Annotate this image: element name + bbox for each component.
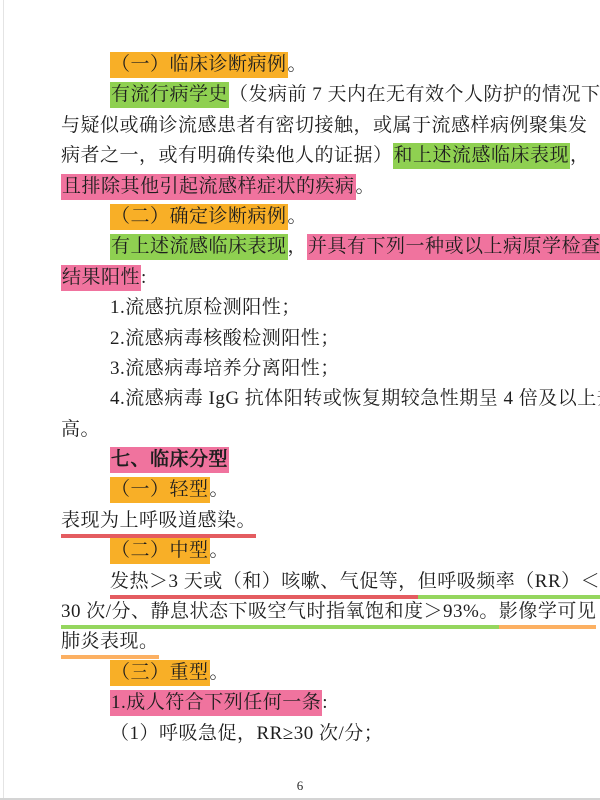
text-line: 1.流感抗原检测阳性； — [61, 293, 543, 323]
text-line: 2.流感病毒核酸检测阳性； — [61, 324, 543, 354]
text-segment: 有上述流感临床表现 — [110, 234, 288, 260]
text-segment: （三）重型 — [110, 660, 210, 686]
text-segment: （1）呼吸急促，RR≥30 次/分； — [110, 723, 383, 744]
text-line: 3.流感病毒培养分离阳性； — [61, 354, 543, 384]
text-segment: : — [322, 692, 328, 713]
text-line: 七、临床分型 — [61, 445, 543, 475]
text-line: 有流行病学史（发病前 7 天内在无有效个人防护的情况下 — [61, 80, 543, 110]
text-segment: 4.流感病毒 IgG 抗体阳转或恢复期较急性期呈 4 倍及以上升 — [110, 388, 600, 409]
text-segment: （二）中型 — [110, 538, 210, 564]
text-segment: 肺炎表现。 — [61, 631, 159, 659]
text-line: （二）确定诊断病例。 — [61, 202, 543, 232]
text-segment: （一）临床诊断病例 — [110, 52, 288, 78]
text-line: （1）呼吸急促，RR≥30 次/分； — [61, 719, 543, 749]
text-segment: 1.成人符合下列任何一条 — [110, 690, 322, 716]
text-segment: （二）确定诊断病例 — [110, 204, 288, 230]
text-segment: 30 次/分、静息状态下吸空气时指氧饱和度＞93%。 — [61, 601, 499, 629]
text-segment: ， — [570, 145, 590, 166]
text-line: （二）中型。 — [61, 536, 543, 566]
text-segment: 并具有下列一种或以上病原学检查 — [307, 234, 600, 260]
text-segment: 和上述流感临床表现 — [393, 143, 571, 169]
text-segment: 。 — [210, 662, 230, 683]
text-segment: 七、临床分型 — [110, 447, 229, 473]
text-line: 与疑似或确诊流感患者有密切接触，或属于流感样病例聚集发 — [61, 111, 543, 141]
text-line: 有上述流感临床表现，并具有下列一种或以上病原学检查 — [61, 232, 543, 262]
text-segment: 。 — [210, 479, 230, 500]
text-segment: 。 — [210, 540, 230, 561]
text-line: 4.流感病毒 IgG 抗体阳转或恢复期较急性期呈 4 倍及以上升 — [61, 384, 543, 414]
text-segment: 。 — [288, 54, 308, 75]
text-segment: 影像学可见 — [499, 601, 597, 629]
document-body: （一）临床诊断病例。有流行病学史（发病前 7 天内在无有效个人防护的情况下与疑似… — [61, 50, 543, 749]
text-segment: 但呼吸频率（RR）＜ — [418, 571, 600, 599]
text-segment: : — [141, 267, 147, 288]
text-line: 30 次/分、静息状态下吸空气时指氧饱和度＞93%。影像学可见 — [61, 597, 543, 627]
text-line: 表现为上呼吸道感染。 — [61, 506, 543, 536]
text-segment: 与疑似或确诊流感患者有密切接触，或属于流感样病例聚集发 — [61, 115, 588, 136]
text-segment: ， — [288, 236, 308, 257]
text-line: 且排除其他引起流感样症状的疾病。 — [61, 172, 543, 202]
text-segment: 表现为上呼吸道感染。 — [61, 510, 256, 538]
text-line: 结果阳性: — [61, 263, 543, 293]
text-segment: （发病前 7 天内在无有效个人防护的情况下 — [229, 84, 600, 105]
text-line: （一）轻型。 — [61, 475, 543, 505]
text-segment: 3.流感病毒培养分离阳性； — [110, 358, 340, 379]
page-number: 6 — [0, 778, 600, 794]
text-segment: 1.流感抗原检测阳性； — [110, 297, 301, 318]
text-segment: 。 — [356, 176, 376, 197]
page-edge-left — [3, 0, 4, 800]
text-segment: 结果阳性 — [61, 265, 141, 291]
text-segment: 有流行病学史 — [110, 82, 229, 108]
document-page: （一）临床诊断病例。有流行病学史（发病前 7 天内在无有效个人防护的情况下与疑似… — [0, 0, 600, 800]
text-segment: 2.流感病毒核酸检测阳性； — [110, 328, 340, 349]
text-segment: （一）轻型 — [110, 477, 210, 503]
text-segment: 发热＞3 天或（和）咳嗽、气促等， — [110, 571, 418, 599]
text-segment: 高。 — [61, 419, 100, 440]
text-segment: 病者之一，或有明确传染他人的证据） — [61, 145, 393, 166]
text-line: 高。 — [61, 415, 543, 445]
text-line: （三）重型。 — [61, 658, 543, 688]
text-line: 病者之一，或有明确传染他人的证据）和上述流感临床表现， — [61, 141, 543, 171]
text-segment: 。 — [288, 206, 308, 227]
text-line: 肺炎表现。 — [61, 627, 543, 657]
text-line: 1.成人符合下列任何一条: — [61, 688, 543, 718]
text-line: （一）临床诊断病例。 — [61, 50, 543, 80]
text-line: 发热＞3 天或（和）咳嗽、气促等，但呼吸频率（RR）＜ — [61, 567, 543, 597]
text-segment: 且排除其他引起流感样症状的疾病 — [61, 174, 356, 200]
